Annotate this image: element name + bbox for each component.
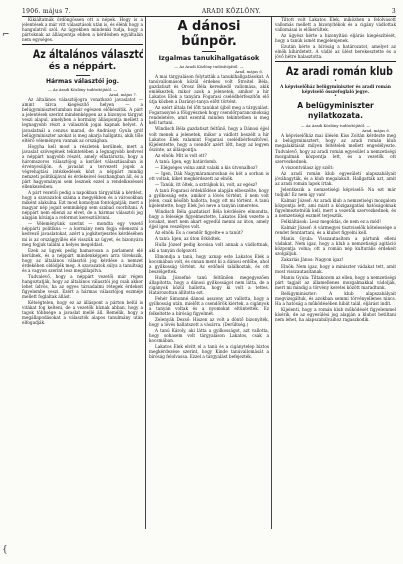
paragraph: Zelenyák Dezső: Hiszen az volt a döntő b…: [149, 317, 269, 327]
paragraph: A mai tárgyaláson folytatták a tanukihal…: [149, 74, 269, 104]
column-divider: [271, 17, 272, 529]
article-headline-2: A belügyminiszter nyilatkozata.: [275, 101, 396, 121]
article-subhead: Izgalmas tanukihallgatások: [149, 54, 269, 62]
paragraph: — Elégséges volna amit valaki a kis útvo…: [149, 165, 269, 170]
paragraph: Windisch Béla gazdatiszt Béla kérdésére …: [149, 209, 269, 229]
paragraph: Az elnök: Mit is volt ott?: [149, 153, 269, 158]
paragraph: Kalmár József: A vármegyei tisztviselők …: [275, 225, 396, 235]
column-2: A dánosi bűnpör. Izgalmas tanukihallgatá…: [149, 17, 269, 529]
article-headline: Az aradi román klub: [286, 65, 385, 78]
paragraph: Ezek az ügyek pedig hamarosan a parlamen…: [22, 248, 143, 273]
paragraph: A tanú: Igen, az úton őrködtek.: [149, 236, 269, 241]
paragraph: Kétségtelen, hogy ez az álláspont a párt…: [22, 300, 143, 325]
page-number: 3: [392, 8, 396, 15]
paragraph: Az általános választójogra vonatkozó jav…: [22, 97, 143, 142]
page-header: 1906. május 7. ARADI KÖZLÖNY. 3: [22, 7, 396, 17]
newspaper-page: 1906. május 7. ARADI KÖZLÖNY. 3 Kikiálta…: [18, 0, 398, 564]
paragraph: Windisch Béla gazdatiszt feltűnő, hogy a…: [149, 126, 269, 151]
paragraph: Elnök: Nem igaz, hogy a miniszter vádaka…: [275, 264, 396, 274]
paragraph: Kijelenti, hogy a román klub működését f…: [275, 307, 396, 322]
section-divider: [275, 61, 396, 62]
paragraph: A tanú Fogarasi érdeklődése alapján elbe…: [149, 188, 269, 208]
paragraph: Hulla József pedig kocsisa volt annak a …: [149, 242, 269, 252]
paragraph: Tudvalevő, hogy a néppárt vezetői már ré…: [22, 274, 143, 299]
paragraph: Az aradi román klub egyesületi alapszabá…: [275, 171, 396, 186]
paragraph: Zakariás János: Nagyon igaz!: [275, 257, 396, 262]
margin-mark: ⌐: [2, 30, 10, 40]
paragraph: Maniu Gyula: Visszautasítom a pártunk el…: [275, 236, 396, 256]
paragraph: A viszontválasz így szólt:: [275, 165, 396, 170]
article-headline: Az általános választói jog: [33, 48, 132, 61]
paragraph: — Tanúk, itt öltek, a sztrájkok ki, volt…: [149, 182, 269, 187]
paragraph: A tanú: Igen, egy határdomb.: [149, 159, 269, 164]
ornament-dot: •: [275, 94, 396, 99]
short-rule: [76, 75, 90, 76]
paragraph: Hogyha kell most a részletek kerülnek, m…: [22, 144, 143, 189]
margin-brace: {: [2, 545, 8, 555]
paragraph: Elmondja a tanú, hogy aznap este Lakatos…: [149, 254, 269, 274]
paragraph: — Véleményünk szerint — mondta egy vezet…: [22, 221, 143, 246]
paragraph: — Igen, Dák Nagymáramarosban és két a so…: [149, 171, 269, 181]
article-continuation: Ezután kérte a bíróság a határozatot, am…: [275, 44, 396, 59]
paragraph: Fehér Simonné dánosi asszony azt vallott…: [149, 296, 269, 316]
column-divider: [145, 17, 146, 529]
paragraph: A tanú Károly, aki látta a gyilkosságot,…: [149, 328, 269, 343]
paragraph: Jelentkezik a nemzetiségi képviselő: Na …: [275, 187, 396, 197]
paragraph: Belügyminiszter: A klub alapszabályait m…: [275, 291, 396, 306]
paragraph: A képviselőház mai ülésén Kiss Zoltán ké…: [275, 133, 396, 163]
section-divider: [22, 44, 143, 45]
article-continuation: Tiltott volt Lakatos Elek, miközben a fe…: [275, 17, 396, 32]
paragraph: Az elnök: És a csendőr figyelte-e a tanú…: [149, 230, 269, 235]
column-1: Kikiáltatnák ördöngössen ott a népek. Ho…: [22, 17, 143, 529]
article-continuation: Az ügyész kérte a bizonyítási eljárás ki…: [275, 33, 396, 43]
paragraph: Hulla Józsefné tanú feltűnően megegyezőe…: [149, 275, 269, 295]
paragraph: A párt vezetői pedig a napokban tárgyalt…: [22, 190, 143, 220]
masthead-title: ARADI KÖZLÖNY.: [202, 8, 261, 15]
short-rule: [202, 51, 216, 52]
paragraph: Kalmár József: Az aradi klub a nemzetisé…: [275, 198, 396, 218]
article-headline-2: és a néppárt.: [22, 62, 143, 73]
issue-date: 1906. május 7.: [22, 8, 71, 15]
article-subhead: Hármas választói jog.: [22, 78, 143, 86]
paragraph: Lakatos Elek elvitt el a tanú és a cigán…: [149, 344, 269, 359]
column-3: Tiltott volt Lakatos Elek, miközben a fe…: [275, 17, 396, 529]
article-headline: A dánosi bűnpör.: [149, 19, 269, 49]
article-continuation: Kikiáltatnák ördöngössen ott a népek. Ho…: [22, 17, 143, 42]
paragraph: Felkiáltások: Lesz megoldás, de nem ez a…: [275, 219, 396, 224]
paragraph: Az ezért általa fel lőtt tanúkat újból m…: [149, 105, 269, 125]
paragraph: Maniu Gyula: Tiltakozom az ellen, hogy a…: [275, 275, 396, 290]
